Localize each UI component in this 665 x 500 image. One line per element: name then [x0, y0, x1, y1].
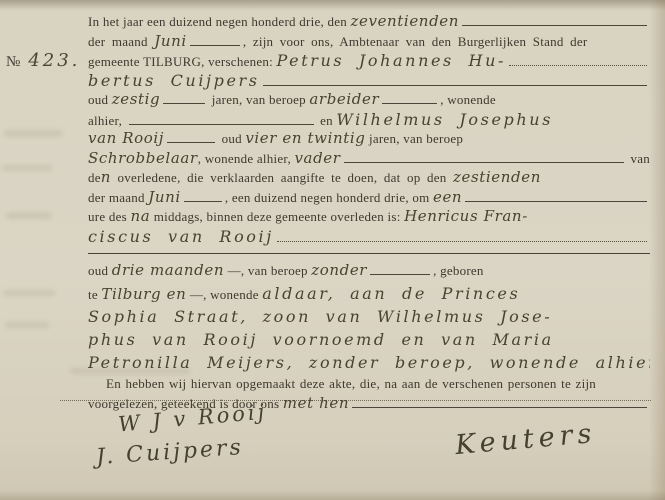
akte-lines: In het jaar een duizend negen honderd dr…	[88, 12, 650, 413]
handwritten-entry: zeventienden	[351, 12, 460, 32]
number-symbol: №	[6, 54, 20, 70]
document-line: In het jaar een duizend negen honderd dr…	[88, 12, 650, 32]
handwritten-entry: van Rooij	[88, 129, 164, 149]
fill-rule	[465, 197, 647, 202]
handwritten-entry: ciscus van Rooij	[88, 227, 274, 247]
printed-form-text: oud	[88, 259, 112, 282]
act-number-margin: № 423.	[6, 50, 80, 71]
handwritten-entry: drie maanden	[112, 259, 224, 282]
printed-form-text: der maand	[88, 188, 148, 208]
handwritten-entry: zestienden	[453, 168, 541, 188]
printed-form-text: te	[88, 283, 101, 305]
document-line: En hebben wij hiervan opgemaakt deze akt…	[88, 374, 650, 394]
fill-rule	[184, 197, 222, 202]
printed-form-text: —, wonende	[186, 283, 262, 305]
document-line: gemeente TILBURG, verschenen: Petrus Joh…	[88, 51, 650, 71]
printed-form-text: middags, binnen deze gemeente overleden …	[150, 207, 404, 227]
bleedthrough-mark	[3, 290, 55, 296]
document-line: den overledene, die verklaarden aangifte…	[88, 168, 650, 188]
dotted-fill-rule	[277, 237, 647, 242]
dotted-fill-rule	[509, 61, 647, 66]
bleedthrough-mark	[5, 322, 49, 328]
handwritten-entry: Juni	[154, 32, 187, 52]
document-line: der maand Juni, een duizend negen honder…	[88, 188, 650, 208]
printed-form-text: , zijn voor ons, Ambtenaar van den Burge…	[243, 32, 588, 52]
document-line: oud drie maanden —, van beroep zonder, g…	[88, 259, 650, 282]
fill-rule	[190, 41, 240, 46]
printed-form-text: —, van beroep	[224, 259, 311, 282]
handwritten-entry: Sophia Straat, zoon van Wilhelmus Jose-	[88, 305, 552, 328]
section-divider-rule	[88, 253, 650, 254]
handwritten-entry: Wilhelmus Josephus	[336, 110, 553, 130]
handwritten-entry: met hen	[283, 394, 349, 414]
handwritten-entry: Petronilla Meijers, zonder beroep, wonen…	[88, 351, 650, 374]
document-line: alhier, en Wilhelmus Josephus	[88, 110, 650, 130]
handwritten-entry: vader	[294, 149, 340, 169]
bleedthrough-mark	[2, 165, 52, 171]
document-line: Petronilla Meijers, zonder beroep, wonen…	[88, 351, 650, 374]
bleedthrough-mark	[4, 130, 62, 137]
civil-registry-death-record-page: № 423. In het jaar een duizend negen hon…	[0, 0, 665, 500]
handwritten-entry: Petrus Johannes Hu-	[276, 51, 506, 71]
page-top-edge-shadow	[0, 0, 665, 10]
printed-form-text: ure des	[88, 207, 130, 227]
printed-form-text: En hebben wij hiervan opgemaakt deze akt…	[106, 374, 596, 394]
bleedthrough-mark	[6, 212, 52, 219]
page-right-edge-shadow	[649, 0, 665, 500]
printed-form-text: , een duizend negen honderd drie, om	[225, 188, 433, 208]
printed-form-text: oud	[88, 90, 112, 110]
fill-rule	[370, 270, 430, 275]
page-bottom-edge-shadow	[0, 490, 665, 500]
printed-form-text: jaren, van beroep	[365, 129, 463, 149]
handwritten-entry: Tilburg en	[101, 283, 186, 305]
handwritten-entry: aldaar, aan de Princes	[262, 282, 520, 305]
printed-form-text: oud	[218, 129, 245, 149]
witness-signature-cuijpers: J. Cuijpers	[95, 435, 244, 470]
printed-form-text: van	[627, 149, 650, 169]
handwritten-entry: Schrobbelaar	[88, 149, 198, 169]
printed-form-text: de	[88, 168, 101, 188]
printed-form-text: alhier,	[88, 111, 126, 130]
printed-form-text: der maand	[88, 32, 154, 52]
document-line: ciscus van Rooij	[88, 227, 650, 247]
handwritten-entry: zonder	[311, 259, 367, 282]
printed-form-text: , wonende alhier,	[198, 149, 295, 169]
document-line: bertus Cuijpers	[88, 71, 650, 91]
printed-form-text: en	[317, 111, 337, 130]
fill-rule	[352, 403, 647, 408]
printed-form-text: jaren, van beroep	[208, 90, 309, 110]
signature-section-divider	[60, 400, 651, 401]
handwritten-entry: vier en twintig	[245, 129, 365, 149]
document-line: Schrobbelaar, wonende alhier, vader van	[88, 149, 650, 169]
handwritten-entry: Juni	[148, 188, 181, 208]
printed-form-text: In het jaar een duizend negen honderd dr…	[88, 12, 351, 32]
handwritten-entry: n	[101, 168, 111, 188]
fill-rule	[344, 158, 624, 163]
printed-form-text: overledene, die verklaarden aangifte te …	[111, 168, 453, 188]
handwritten-entry: na	[130, 207, 150, 227]
printed-form-text: , wonende	[440, 90, 496, 110]
registrar-signature: Keuters	[454, 418, 598, 461]
handwritten-entry: phus van Rooij voornoemd en van Maria	[88, 328, 554, 351]
document-line: ure des na middags, binnen deze gemeente…	[88, 207, 650, 227]
document-line: der maand Juni, zijn voor ons, Ambtenaar…	[88, 32, 650, 52]
printed-form-text: gemeente TILBURG, verschenen:	[88, 52, 276, 71]
fill-rule	[263, 81, 647, 86]
handwritten-entry: arbeider	[309, 90, 379, 110]
fill-rule	[163, 99, 205, 104]
fill-rule	[382, 99, 437, 104]
fill-rule	[167, 138, 215, 143]
document-line: van Rooij oud vier en twintig jaren, van…	[88, 129, 650, 149]
fill-rule	[462, 21, 647, 26]
act-number-value: 423.	[28, 50, 80, 71]
document-line: phus van Rooij voornoemd en van Maria	[88, 328, 650, 351]
fill-rule	[129, 120, 314, 125]
document-line: oud zestig jaren, van beroep arbeider, w…	[88, 90, 650, 110]
document-line: Sophia Straat, zoon van Wilhelmus Jose-	[88, 305, 650, 328]
handwritten-entry: Henricus Fran-	[404, 207, 528, 227]
handwritten-entry: zestig	[112, 90, 161, 110]
document-line: te Tilburg en —, wonende aldaar, aan de …	[88, 282, 650, 305]
handwritten-entry: een	[433, 188, 462, 208]
printed-form-text: , geboren	[433, 259, 484, 282]
handwritten-entry: bertus Cuijpers	[88, 71, 260, 91]
